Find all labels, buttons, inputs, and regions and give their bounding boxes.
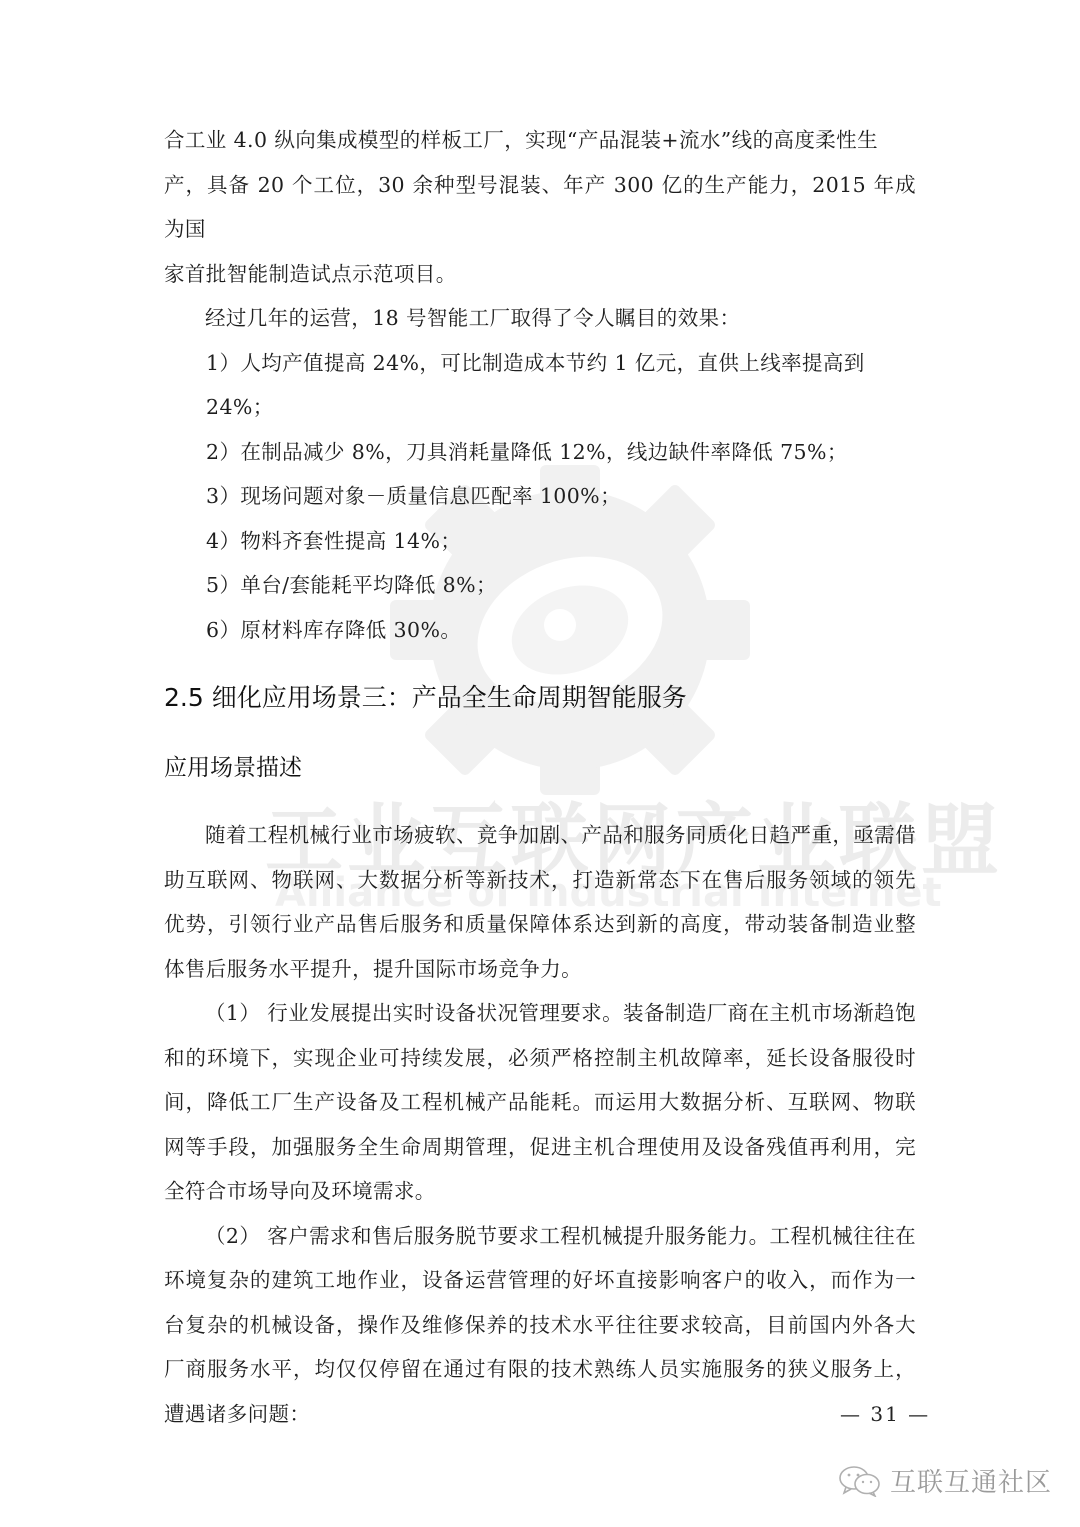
result-item: 5）单台/套能耗平均降低 8%； bbox=[164, 563, 916, 608]
result-item: 2）在制品减少 8%，刀具消耗量降低 12%，线边缺件率降低 75%； bbox=[164, 430, 916, 475]
paragraph: （1） 行业发展提出实时设备状况管理要求。装备制造厂商在主机市场渐趋饱和的环境下… bbox=[164, 991, 916, 1214]
paragraph: 随着工程机械行业市场疲软、竞争加剧、产品和服务同质化日趋严重，亟需借助互联网、物… bbox=[164, 813, 916, 991]
result-item: 3）现场问题对象－质量信息匹配率 100%； bbox=[164, 474, 916, 519]
document-body: 合工业 4.0 纵向集成模型的样板工厂，实现“产品混装+流水”线的高度柔性生 产… bbox=[164, 118, 916, 1436]
results-intro: 经过几年的运营，18 号智能工厂取得了令人瞩目的效果： bbox=[164, 296, 916, 341]
intro-line: 产，具备 20 个工位，30 余种型号混装、年产 300 亿的生产能力，2015… bbox=[164, 163, 916, 252]
wechat-icon bbox=[838, 1465, 882, 1497]
brand-label: 互联互通社区 bbox=[890, 1462, 1052, 1499]
page-number: — 31 — bbox=[840, 1402, 930, 1426]
paragraph: （2） 客户需求和售后服务脱节要求工程机械提升服务能力。工程机械往往在环境复杂的… bbox=[164, 1214, 916, 1437]
intro-line: 家首批智能制造试点示范项目。 bbox=[164, 252, 916, 297]
result-item: 4）物料齐套性提高 14%； bbox=[164, 519, 916, 564]
intro-line: 合工业 4.0 纵向集成模型的样板工厂，实现“产品混装+流水”线的高度柔性生 bbox=[164, 118, 916, 163]
subsection-heading: 应用场景描述 bbox=[164, 743, 916, 793]
section-heading: 2.5 细化应用场景三：产品全生命周期智能服务 bbox=[164, 673, 916, 723]
result-item: 6）原材料库存降低 30%。 bbox=[164, 608, 916, 653]
brand-watermark: 互联互通社区 bbox=[838, 1462, 1052, 1499]
spacer bbox=[164, 793, 916, 813]
result-item: 1）人均产值提高 24%，可比制造成本节约 1 亿元，直供上线率提高到 24%； bbox=[164, 341, 916, 430]
